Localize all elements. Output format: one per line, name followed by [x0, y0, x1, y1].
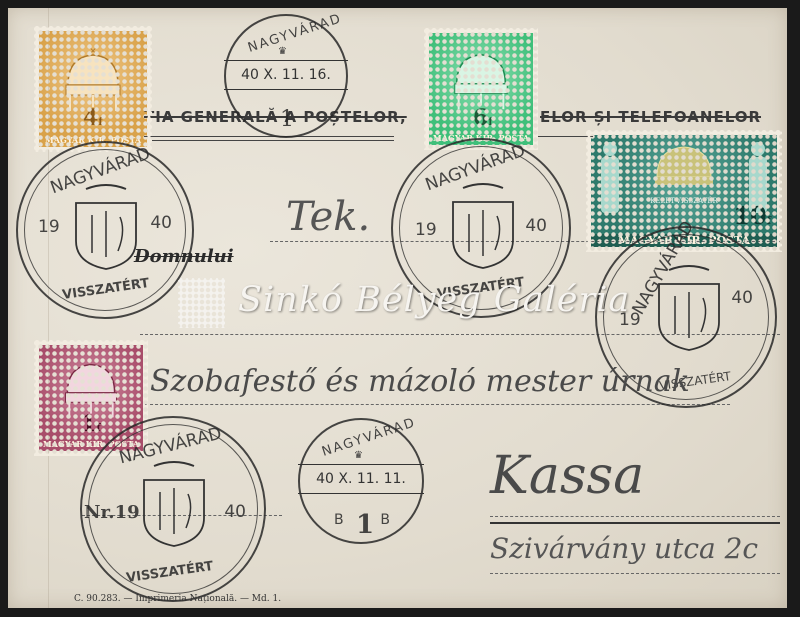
city-underline	[490, 522, 780, 524]
number-label: Nr.	[84, 502, 115, 523]
saint-figure-icon	[595, 139, 625, 219]
gallery-watermark: Sinkó Bélyeg Galéria	[178, 276, 628, 334]
date-cancel-top: NAGYVÁRAD ♛ 40 X. 11. 16. 1	[224, 14, 348, 138]
handwritten-city: Kassa	[490, 446, 644, 506]
holy-crown-icon	[649, 143, 719, 199]
printed-header-right: ELOR ȘI TELEFOANELOR	[540, 108, 761, 126]
commemorative-cancel: NAGYVÁRAD Nr.19 40 VISSZATÉRT	[80, 416, 266, 602]
header-rule	[144, 136, 394, 137]
address-line	[490, 573, 780, 574]
commemorative-cancel: NAGYVÁRAD 19 40 VISSZATÉRT	[16, 141, 194, 319]
svg-text:✕: ✕	[89, 47, 97, 56]
address-line	[490, 516, 780, 517]
handwritten-street: Szivárvány utca 2c	[490, 532, 758, 565]
date-cancel-bottom: NAGYVÁRAD ♛ 40 X. 11. 11. B 1 B	[298, 418, 424, 544]
coat-of-arms-icon	[653, 262, 725, 352]
footer-imprint: C. 90.283. — Imprimeria Națională. — Md.…	[74, 594, 281, 604]
coat-of-arms-icon	[70, 181, 142, 271]
header-rule	[144, 140, 394, 141]
address-line	[140, 404, 730, 405]
coat-of-arms-icon	[138, 458, 210, 548]
cancel-date: 40 X. 11. 16.	[224, 60, 348, 90]
printed-salutation: Domnului	[134, 246, 234, 267]
watermark-text: Sinkó Bélyeg Galéria	[238, 280, 630, 320]
watermark-stamp-icon	[178, 278, 225, 328]
handwritten-title: Tek.	[286, 194, 370, 240]
stamp-4f-orange: ✕ 4f MAGYAR KIR. POSTA	[34, 26, 152, 152]
handwritten-recipient: Szobafestő és mázoló mester úrnak	[150, 364, 690, 399]
cancel-date: 40 X. 11. 11.	[298, 464, 424, 494]
stamp-6f-green: 6f MAGYAR KIR. POSTA	[424, 28, 538, 150]
crown-icon: ♛	[278, 46, 287, 57]
header-rule	[538, 136, 593, 137]
coat-of-arms-icon	[447, 180, 519, 270]
crown-icon: ♛	[354, 450, 363, 461]
